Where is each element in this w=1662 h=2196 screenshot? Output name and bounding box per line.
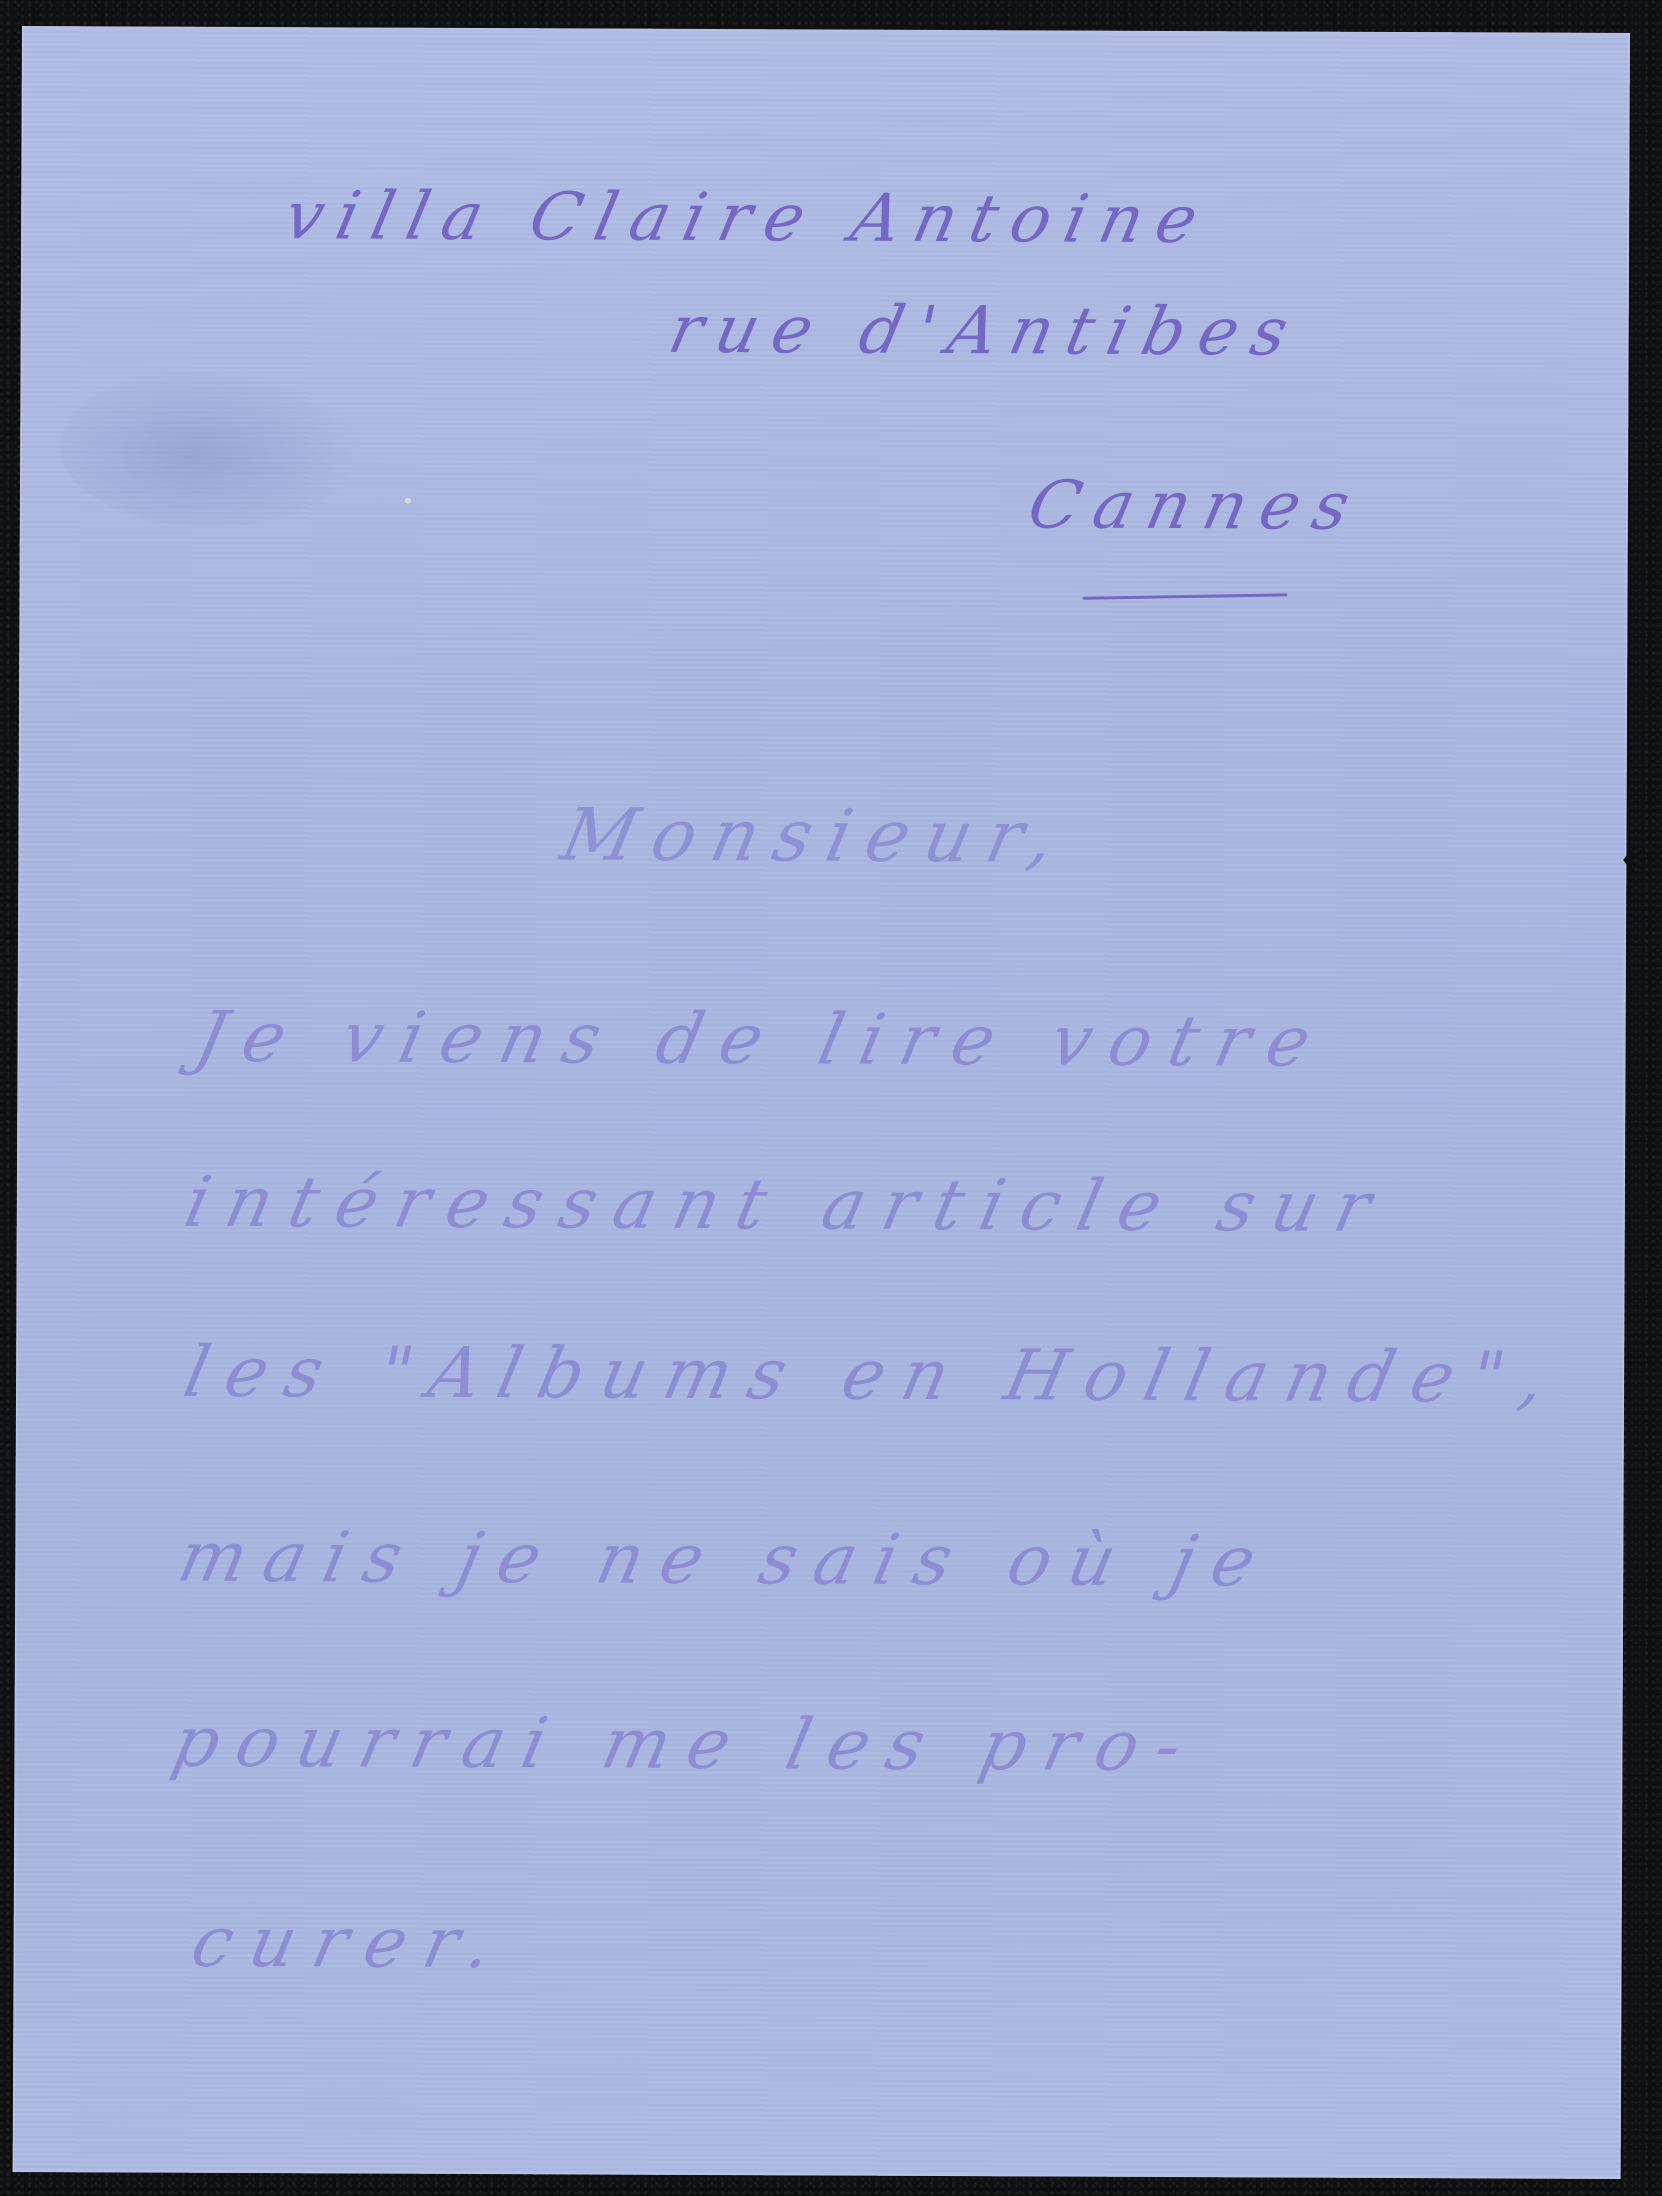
letter-sheet: villa Claire Antoine rue d'Antibes Canne… (13, 26, 1630, 2179)
body-line-3: les "Albums en Hollande", (179, 1337, 1570, 1413)
paper-speck (405, 498, 411, 504)
body-line-4: mais je ne sais où je (173, 1522, 1280, 1597)
body-line-5: pourrai me les pro- (167, 1707, 1206, 1781)
address-city: Cannes (1023, 472, 1369, 539)
body-line-6: curer. (186, 1907, 516, 1978)
salutation: Monsieur, (556, 798, 1077, 872)
address-line-villa: villa Claire Antoine (279, 183, 1217, 253)
city-underline (1083, 593, 1288, 599)
address-line-street: rue d'Antibes (664, 297, 1308, 366)
ink-smudge (60, 366, 361, 527)
body-line-1: Je viens de lire votre (190, 1002, 1335, 1077)
body-line-2: intéressant article sur (179, 1167, 1395, 1242)
